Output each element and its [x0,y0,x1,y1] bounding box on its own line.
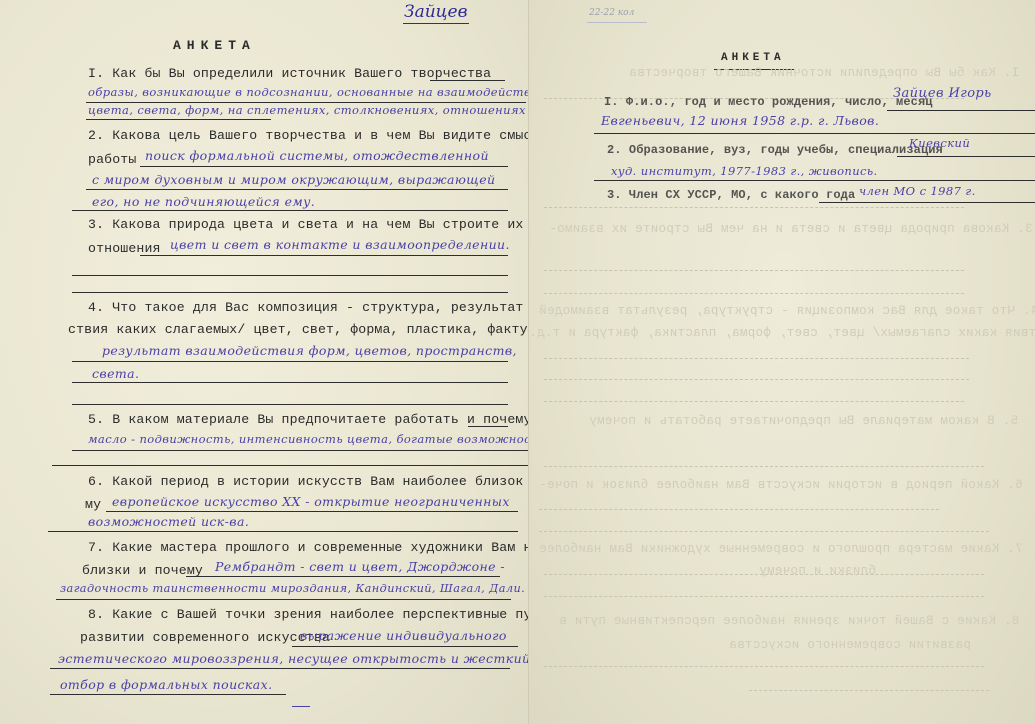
answer-line [140,255,508,256]
question-7-line-2: близки и почему [82,563,203,578]
question-2-line-2: работы [88,152,136,167]
answer-line [50,668,510,669]
field-3-label: 3. Член СХ УССР, МО, с какого года [607,188,855,202]
faint-rule [749,690,989,691]
faint-rule [544,466,984,467]
answer-8-line-1: выражение индивидуального [300,628,507,643]
faint-rule [544,401,964,402]
answer-1-line-1: образы, возникающие в подсознании, основ… [88,85,551,99]
faint-rule [544,293,964,294]
answer-line [86,189,508,190]
field-3-answer: член МО с 1987 г. [859,184,976,198]
faint-rule [544,379,969,380]
answer-2-line-1: поиск формальной системы, отождествленно… [145,148,489,163]
answer-line [594,180,1035,181]
answer-line [819,202,1035,203]
question-2-line-1: 2. Какова цель Вашего творчества и в чем… [88,128,588,143]
bleed-through-text: I. Как бы Вы определили источник Вашего … [629,66,1019,80]
answer-4-line-2: света. [92,366,139,381]
end-dash [292,706,310,707]
answer-line [72,382,508,383]
question-8-line-2: развитии современного искусства [80,630,330,645]
bleed-through-text: 8. Какие с Вашей точки зрения наиболее п… [559,614,1019,628]
field-2-label: 2. Образование, вуз, годы учебы, специал… [607,143,943,157]
bleed-through-text: 6. Какой период в истории искусств Вам н… [539,478,1023,492]
answer-line [430,80,505,81]
field-1-label: I. Ф.и.о., год и место рождения, число, … [604,95,933,109]
signature-zaitsev: Зайцев [404,2,468,22]
answer-line [72,404,508,405]
question-4-line-1: 4. Что такое для Вас композиция - структ… [88,300,604,315]
question-5: 5. В каком материале Вы предпочитаете ра… [88,412,532,427]
answer-8-line-3: отбор в формальных поисках. [60,677,272,692]
faint-rule [544,207,964,208]
answer-7-line-2: загадочность таинственности мироздания, … [60,582,525,595]
bleed-through-text: ствия каких слагаемых/ цвет, свет, форма… [529,326,1035,340]
answer-2-line-2: с миром духовным и миром окружающим, выр… [92,172,495,187]
faint-rule [544,574,984,575]
bleed-through-text: 4. Что такое для Вас композиция - структ… [539,304,1035,318]
field-2-answer-line-2: худ. институт, 1977-1983 г., живопись. [611,164,878,178]
answer-line [106,511,518,512]
answer-line [50,694,286,695]
bleed-through-text: близки и почему [759,564,876,578]
question-3-line-1: 3. Какова природа цвета и света и на чем… [88,217,588,232]
answer-2-line-3: его, но не подчиняющейся ему. [92,194,315,209]
question-1: I. Как бы Вы определили источник Вашего … [88,66,491,81]
answer-line [56,599,511,600]
faint-rule [539,531,989,532]
pencil-note: 22-22 кол [589,8,634,18]
answer-line [86,119,271,120]
faint-rule [544,358,969,359]
answer-line [72,275,508,276]
answer-3: цвет и свет в контакте и взаимоопределен… [170,237,510,252]
page-title: АНКЕТА [721,52,785,64]
answer-8-line-2: эстетического мировоззрения, несущее отк… [58,651,530,666]
question-3-line-2: отношения [88,241,161,256]
bleed-through-text: 3. Какова природа цвета и света и на чем… [549,222,1033,236]
faint-rule [544,596,984,597]
answer-line [186,576,500,577]
answer-line [292,646,518,647]
bleed-through-text: развитии современного искусства [729,638,971,652]
answer-7-line-1: Рембрандт - свет и цвет, Джорджоне - [215,559,505,574]
answer-6-line-2: возможностей иск-ва. [88,514,249,529]
answer-line [72,210,508,211]
question-7-line-1: 7. Какие мастера прошлого и современные … [88,540,588,555]
faint-rule [539,509,939,510]
answer-line [887,110,1035,111]
answer-line [72,292,508,293]
answer-1-line-2: цвета, света, форм, на сплетениях, столк… [88,103,526,117]
answer-line [72,450,528,451]
answer-line [468,426,508,427]
answer-line [72,361,508,362]
answer-line [48,531,518,532]
bleed-through-text: 5. В каком материале Вы предпочитаете ра… [589,414,1018,428]
question-6-line-2: му [85,497,101,512]
questionnaire-right-page: 22-22 кол АНКЕТА I. Как бы Вы определили… [528,0,1035,724]
answer-line [52,465,528,466]
page-title: АНКЕТА [173,38,256,53]
faint-rule [544,666,984,667]
bleed-through-text: 7. Какие мастера прошлого и современные … [539,542,1023,556]
question-4-line-2: ствия каких слагаемых/ цвет, свет, форма… [68,322,600,337]
question-6-line-1: 6. Какой период в истории искусств Вам н… [88,474,588,489]
answer-line [594,133,1035,134]
answer-6-line-1: европейское искусство XX - открытие неог… [112,494,510,509]
field-2-answer-line-1: Киевский [909,136,970,150]
field-1-answer-line-1: Зайцев Игорь [893,86,992,101]
faint-rule [544,270,964,271]
answer-4-line-1: результат взаимодействия форм, цветов, п… [102,343,517,358]
answer-line [897,156,1035,157]
pencil-underline [587,22,647,23]
questionnaire-left-page: Зайцев АНКЕТА I. Как бы Вы определили ис… [0,0,528,724]
answer-line [140,166,508,167]
field-1-answer-line-2: Евгеньевич, 12 июня 1958 г.р. г. Львов. [601,113,879,128]
signature-underline [403,23,469,24]
question-8-line-1: 8. Какие с Вашей точки зрения наиболее п… [88,607,564,622]
answer-5: масло - подвижность, интенсивность цвета… [88,432,550,446]
